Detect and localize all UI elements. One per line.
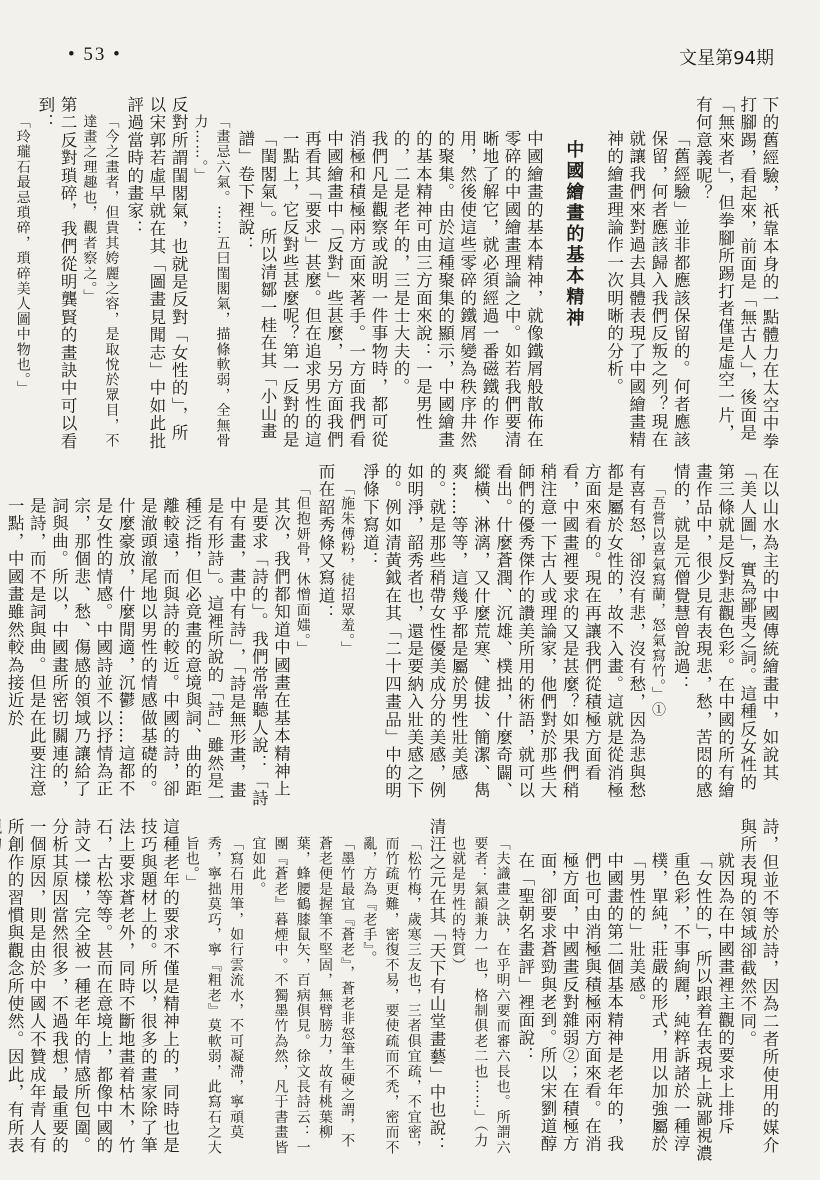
block-quote: 「但抱妍骨，休憎面媸。」 xyxy=(292,463,314,808)
text-band-middle: 在以山水為主的中國傳統繪畫中，如說其「美人圖」，實為鄙夷之詞。這種反女性的第三條… xyxy=(52,463,780,808)
block-quote: 「今之畫者，但貴其姱麗之容，是取悅於眾目，不達畫之理趣也，觀者察之。」 xyxy=(78,96,122,456)
text-band-bottom: 詩，但並不等於詩，因為二者所使用的媒介與所表現的領域卻截然不同。 就因為在中國畫… xyxy=(52,818,780,1163)
block-quote: 「墨竹最宜『蒼老』，蒼老非怒筆生硬之謂，不蒼老便是握筆不堅固，無臂膀力，故有桃葉… xyxy=(247,818,358,1163)
spacer xyxy=(588,96,602,456)
paragraph: 詩，但並不等於詩，因為二者所使用的媒介與所表現的領域卻截然不同。 xyxy=(736,818,780,1163)
paragraph: 而在韶秀條又寫道： xyxy=(314,463,336,808)
page-number: • 53 • xyxy=(68,44,122,66)
text-band-top: 下的舊經驗，祇靠本身的一點體力在太空中拳打腳踢，看起來，前面是「無古人」，後面是… xyxy=(52,96,780,456)
paragraph: 就因為在中國畫裡主觀的要求上排斥「女性的」，所以跟着在表現上就鄙視濃重色彩，不事… xyxy=(625,818,736,1163)
paragraph: 有喜有怒，卻沒有悲，沒有愁，因為悲與愁都是屬於女性的，故不入畫。這就是從消極方面… xyxy=(358,463,647,808)
block-quote: 「寫石用筆，如行雲流水，不可凝滯，寧頑莫秀，寧拙莫巧，寧『粗老』莫軟弱，此寫石之… xyxy=(181,818,248,1163)
block-quote: 「玲瓏石最忌瑣碎，瑣碎美人圖中物也。」 xyxy=(12,96,34,456)
paragraph: 第二反對瑣碎，我們從明龔賢的畫訣中可以看到： xyxy=(34,96,78,456)
spacer xyxy=(544,96,558,456)
paragraph: 這種老年的要求不僅是精神上的，同時也是技巧與題材上的。所以，很多的畫家除了筆法上… xyxy=(0,818,181,1163)
paragraph: 清汪之元在其「天下有山堂畫藝」中也說： xyxy=(425,818,447,1163)
block-quote: 「吾嘗以喜氣寫蘭，怒氣寫竹。」① xyxy=(647,463,669,808)
block-quote: 「畫忌六氣。……五曰閨閣氣，描條軟弱，全無骨力……。」 xyxy=(189,96,233,456)
paragraph: 下的舊經驗，祇靠本身的一點體力在太空中拳打腳踢，看起來，前面是「無古人」，後面是… xyxy=(691,96,780,456)
block-quote: 「施朱傅粉，徒招眾羞。」 xyxy=(336,463,358,808)
section-heading: 中國繪畫的基本精神 xyxy=(558,96,588,456)
paragraph: 中國畫的第二個基本精神是老年的，我們也可由消極與積極兩方面來看。在消極方面，中國… xyxy=(514,818,625,1163)
paragraph: 在以山水為主的中國傳統繪畫中，如說其「美人圖」，實為鄙夷之詞。這種反女性的第三條… xyxy=(669,463,780,808)
paragraph: 中國繪畫的基本精神，就像鐵屑般散佈在零碎的中國繪畫理論之中。如若我們要清晰地了解… xyxy=(389,96,544,456)
paragraph: 其次，我們都知道中國畫在基本精神上是要求「詩的」。我們常常聽人說：「詩中有畫，畫… xyxy=(3,463,292,808)
block-quote: 「松竹梅，歲寒三友也，三者俱宜疏，不宜密，而竹疏更難，密復不易，要使疏而不禿，密… xyxy=(358,818,425,1163)
paragraph: 反對所謂閨閣氣，也就是反對「女性的」，所以宋郭若虛早就在其「圖畫見聞志」中如此批… xyxy=(123,96,190,456)
paragraph: 「舊經驗」並非都應該保留的。何者應該保留，何者應該歸入我們反叛之列？現在就讓我們… xyxy=(602,96,691,456)
issue-label: 文星第94期 xyxy=(679,44,774,70)
block-quote: 「夫識畫之訣，在乎明六要而審六長也。所謂六要者：氣韻兼力一也，格制俱老二也……」… xyxy=(447,818,514,1163)
paragraph: 我們凡是觀察或說明一件事物時，都可從消極和積極兩方面來著手。一方面我們看中國繪畫… xyxy=(234,96,389,456)
